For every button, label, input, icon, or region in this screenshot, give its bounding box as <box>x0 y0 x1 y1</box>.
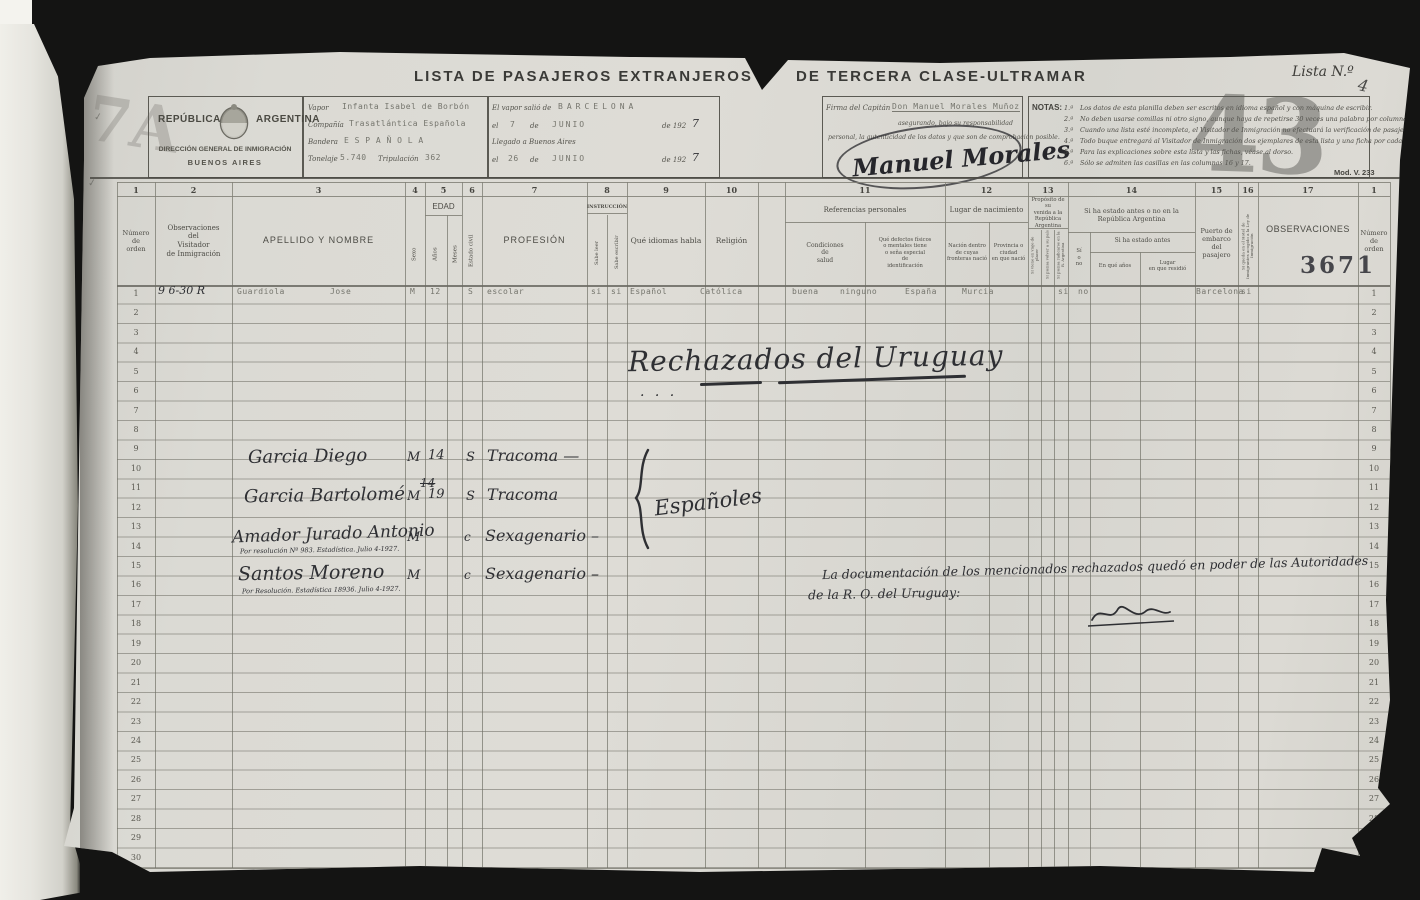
book-page-stack-edge <box>0 24 80 900</box>
agency-name-left: REPÚBLICA <box>158 114 221 125</box>
agency-city: BUENOS AIRES <box>152 158 298 167</box>
row1-puerto: Barcelona <box>1196 287 1244 296</box>
row-number-right: 20 <box>1364 658 1384 667</box>
row-number-right: 8 <box>1364 425 1384 434</box>
bandera-value: E S P A Ñ O L A <box>344 136 424 145</box>
rejected-passenger-edad: 14 <box>428 448 445 463</box>
rejected-passenger-edad: 19 <box>428 487 445 502</box>
header-apellido-nombre: APELLIDO Y NOMBRE <box>232 200 405 282</box>
header-defectos: Qué defectos físicos o mentales tiene o … <box>865 224 945 282</box>
header-instruccion-group: INSTRUCCIÓN <box>587 200 627 213</box>
col-number: 6 <box>462 183 482 196</box>
row-number-left: 5 <box>126 367 146 376</box>
row1-edad: 12 <box>430 287 441 296</box>
row-number-left: 9 <box>126 444 146 453</box>
row1-defectos: ninguno <box>840 287 877 296</box>
pencil-check-icon: ✓ <box>93 111 103 123</box>
row-number-left: 20 <box>126 658 146 667</box>
row1-hotel: si <box>1241 287 1252 296</box>
tripulacion-label: Tripulación <box>378 155 419 163</box>
agency-direction: DIRECCIÓN GENERAL DE INMIGRACIÓN <box>152 146 298 153</box>
row-number-left: 25 <box>126 755 146 764</box>
row-number-left: 11 <box>126 483 146 492</box>
grid-line <box>1390 182 1391 700</box>
row-number-right: 4 <box>1364 347 1384 356</box>
rejected-passenger-profesion: Sexagenario – <box>485 564 599 583</box>
header-hotel-inmigrantes: Si queda en el Hotel de Inmigrantes acog… <box>1239 210 1257 282</box>
rejected-title: Rechazados del Uruguay <box>628 339 1004 379</box>
header-anios: Años <box>429 228 443 280</box>
row-number-right: 17 <box>1364 600 1384 609</box>
header-numero-orden-right: Número de orden <box>1358 200 1390 282</box>
header-referencias-group: Referencias personales <box>785 200 945 220</box>
row-number-right: 9 <box>1364 444 1384 453</box>
row1-nacion: España <box>905 287 937 296</box>
col-number: 11 <box>785 183 945 196</box>
llegado-day: 26 <box>508 154 519 163</box>
header-en-que-anios: En qué años <box>1090 254 1140 278</box>
header-profesion: PROFESIÓN <box>482 200 587 282</box>
binding-gutter-shadow <box>80 50 114 880</box>
salio-year-value: 7 <box>692 117 699 130</box>
header-religion: Religión <box>705 200 758 282</box>
row1-estado-antes: no <box>1078 287 1089 296</box>
header-estado-antes-group: Si ha estado antes o no en la República … <box>1068 202 1195 228</box>
row1-provincia: Murcia <box>962 287 994 296</box>
row1-salud: buena <box>792 287 819 296</box>
row1-sabe-escribir: si <box>611 287 622 296</box>
bandera-label: Bandera <box>308 138 338 146</box>
row-number-left: 26 <box>126 775 146 784</box>
row1-idiomas: Español <box>630 287 667 296</box>
notas-label: NOTAS: <box>1032 103 1062 112</box>
header-meses: Meses <box>449 228 463 280</box>
rejected-passenger-estado: S <box>466 489 475 504</box>
row-number-right: 13 <box>1364 522 1384 531</box>
captain-name: Don Manuel Morales Muñoz <box>892 102 1020 112</box>
row-number-right: 26 <box>1364 775 1384 784</box>
row-number-right: 29 <box>1364 833 1384 842</box>
row-number-left: 3 <box>126 328 146 337</box>
col-number: 10 <box>705 183 758 196</box>
rejected-passenger-sexo: M <box>407 450 420 465</box>
compania-label: Compañía <box>308 121 344 129</box>
header-proposito-sub3: Si piensa radicarse en la R. Argentina <box>1055 230 1067 280</box>
row-number-left: 14 <box>126 542 146 551</box>
row-number-right: 12 <box>1364 503 1384 512</box>
header-observaciones: OBSERVACIONES <box>1258 218 1358 242</box>
col-number: 3 <box>232 183 405 196</box>
header-lugar-nacimiento-group: Lugar de nacimiento <box>945 200 1028 220</box>
row-number-right: 16 <box>1364 580 1384 589</box>
row1-proposito: si <box>1058 287 1069 296</box>
grid-line <box>785 222 945 223</box>
header-sabe-leer: Sabe leer <box>590 225 604 280</box>
rejected-passenger-name: Garcia Diego <box>248 445 368 468</box>
captain-label: Firma del Capitán <box>826 104 890 112</box>
col-number: 16 <box>1238 183 1258 196</box>
col-number: 15 <box>1195 183 1238 196</box>
scanned-document: 7A ✓ ✓ LISTA DE PASAJEROS EXTRANJEROS DE… <box>0 0 1420 900</box>
compania-value: Trasatlántica Española <box>349 119 466 128</box>
row-number-left: 27 <box>126 794 146 803</box>
rejected-passenger-estado: c <box>464 568 471 582</box>
row-number-right: 14 <box>1364 542 1384 551</box>
row-number-right: 10 <box>1364 464 1384 473</box>
header-sabe-escribir: Sabe escribir <box>610 225 624 280</box>
row-number-right: 28 <box>1364 814 1384 823</box>
rejected-passenger-name: Santos Moreno <box>238 561 385 586</box>
rejected-dots: . . . <box>640 384 677 400</box>
row-number-right: 19 <box>1364 639 1384 648</box>
nota-num: 3.ª <box>1064 126 1080 134</box>
col-number: 14 <box>1068 183 1195 196</box>
llegado-label: Llegado a Buenos Aires <box>492 138 576 146</box>
llegado-year-label: de 192 <box>662 156 686 164</box>
header-puerto-embarco: Puerto de embarco del pasajero <box>1195 214 1238 272</box>
row-number-right: 1 <box>1364 289 1384 298</box>
salio-year-label: de 192 <box>662 122 686 130</box>
col-number: 9 <box>627 183 705 196</box>
header-proposito-sub2: Si piensa volver a su país <box>1042 230 1054 280</box>
de2-label: de <box>530 156 539 164</box>
de-label: de <box>530 122 539 130</box>
header-nacion: Nación dentro de cuyas fronteras nació <box>945 226 989 280</box>
rejected-passenger-sexo: M <box>407 530 420 545</box>
row-number-left: 8 <box>126 425 146 434</box>
rejected-passenger-estado: c <box>464 530 471 544</box>
grid-line <box>425 215 462 216</box>
el-label: el <box>492 122 498 130</box>
row-number-left: 12 <box>126 503 146 512</box>
salio-port: BARCELONA <box>558 102 637 111</box>
header-proposito-group: Propósito de su venida a la República Ar… <box>1028 200 1068 226</box>
row-number-right: 5 <box>1364 367 1384 376</box>
rejected-passenger-profesion: Sexagenario – <box>485 526 599 545</box>
grid-line <box>117 868 1390 869</box>
tripulacion-value: 362 <box>425 153 441 162</box>
row-number-right: 23 <box>1364 717 1384 726</box>
col-number: 17 <box>1258 183 1358 196</box>
header-idiomas: Qué idiomas habla <box>627 200 705 282</box>
col-number: 7 <box>482 183 587 196</box>
row1-sexo: M <box>410 287 415 296</box>
llegado-month: JUNIO <box>552 154 586 163</box>
row-number-left: 28 <box>126 814 146 823</box>
row-number-right: 27 <box>1364 794 1384 803</box>
row-number-right: 7 <box>1364 406 1384 415</box>
list-number-stamp: 43 <box>1186 82 1326 191</box>
row-number-left: 19 <box>126 639 146 648</box>
group-brace <box>630 448 656 550</box>
row-number-left: 1 <box>126 289 146 298</box>
col-number: 1 <box>1358 183 1390 196</box>
page-title-right: DE TERCERA CLASE-ULTRAMAR <box>796 68 1087 85</box>
header-numero-orden: Número de orden <box>117 200 155 282</box>
grid-line <box>945 222 1028 223</box>
col-number: 1 <box>117 183 155 196</box>
salio-month: JUNIO <box>552 120 586 129</box>
row-number-right: 3 <box>1364 328 1384 337</box>
pencil-check-icon: ✓ <box>87 177 97 189</box>
row1-visitador-note: 9 6-30 R <box>158 284 205 297</box>
vapor-value: Infanta Isabel de Borbón <box>342 102 470 111</box>
row-number-left: 23 <box>126 717 146 726</box>
row1-profesion: escolar <box>487 287 524 296</box>
rejected-passenger-profesion: Tracoma — <box>487 446 579 465</box>
rejected-passenger-name: Garcia Bartolomé <box>244 484 405 508</box>
header-lugar-residio: Lugar en que residió <box>1140 254 1195 278</box>
page-title-left: LISTA DE PASAJEROS EXTRANJEROS <box>414 68 753 85</box>
grid-line <box>117 196 1390 197</box>
tonelaje-label: Tonelaje <box>308 155 338 163</box>
passenger-list-page: 7A ✓ ✓ LISTA DE PASAJEROS EXTRANJEROS DE… <box>0 0 1420 900</box>
row-number-left: 13 <box>126 522 146 531</box>
rejected-passenger-estado: S <box>466 450 475 465</box>
row-number-right: 2 <box>1364 308 1384 317</box>
row-number-left: 15 <box>126 561 146 570</box>
grid-line <box>90 177 1400 179</box>
header-si-o-no: Sí o no <box>1068 238 1090 278</box>
row1-apellido: Guardiola <box>237 287 285 296</box>
header-edad-group: EDAD <box>425 199 462 214</box>
nota-num: 1.ª <box>1064 104 1080 112</box>
col-number: 13 <box>1028 183 1068 196</box>
header-provincia: Provincia o ciudad en que nació <box>989 226 1028 280</box>
row-number-right: 25 <box>1364 755 1384 764</box>
nota-num: 2.ª <box>1064 115 1080 123</box>
row-number-right: 6 <box>1364 386 1384 395</box>
row-number-left: 21 <box>126 678 146 687</box>
row-number-left: 4 <box>126 347 146 356</box>
el2-label: el <box>492 156 498 164</box>
row-number-left: 6 <box>126 386 146 395</box>
row-number-right: 24 <box>1364 736 1384 745</box>
header-ha-estado-antes: Si ha estado antes <box>1090 234 1195 248</box>
grid-line <box>587 213 627 214</box>
row-number-left: 18 <box>126 619 146 628</box>
row-number-right: 21 <box>1364 678 1384 687</box>
row-number-left: 2 <box>126 308 146 317</box>
rejected-passenger-sexo: M <box>407 568 420 583</box>
row1-religion: Católica <box>700 287 743 296</box>
form-model-label: Mod. V. 233 <box>1334 168 1375 177</box>
row-number-right: 11 <box>1364 483 1384 492</box>
salio-label: El vapor salió de <box>492 104 551 112</box>
rejected-passenger-sexo: M <box>407 489 420 504</box>
nota-num: 4.ª <box>1064 137 1080 145</box>
vapor-label: Vapor <box>308 104 329 112</box>
row1-estado-civil: S <box>468 287 473 296</box>
header-condiciones-salud: Condiciones de salud <box>785 226 865 280</box>
grid-line <box>1068 232 1195 233</box>
nota-num: 6.ª <box>1064 159 1080 167</box>
col-number: 5 <box>425 183 462 196</box>
row-number-left: 17 <box>126 600 146 609</box>
rejected-passenger-profesion: Tracoma <box>487 485 558 504</box>
col-number: 2 <box>155 183 232 196</box>
row-number-left: 10 <box>126 464 146 473</box>
row-number-left: 22 <box>126 697 146 706</box>
row-number-left: 30 <box>126 853 146 862</box>
llegado-year-value: 7 <box>692 151 699 164</box>
salio-day: 7 <box>510 120 515 129</box>
row-number-right: 18 <box>1364 619 1384 628</box>
row1-nombre: Jose <box>330 287 351 296</box>
header-proposito-sub1: Si viene en viaje de placer <box>1029 230 1041 280</box>
row-number-left: 7 <box>126 406 146 415</box>
row-number-right: 22 <box>1364 697 1384 706</box>
grid-line <box>1090 252 1195 253</box>
col-number: 12 <box>945 183 1028 196</box>
inspector-signature-scribble <box>1088 600 1178 628</box>
inspector-note-line2: de la R. O. del Uruguay: <box>808 585 961 603</box>
lista-number-value: 4 <box>1356 75 1370 96</box>
row-number-left: 16 <box>126 580 146 589</box>
header-observaciones-visitador: Observaciones del Visitador de Inmigraci… <box>155 200 232 282</box>
nota-num: 5.ª <box>1064 148 1080 156</box>
row1-sabe-leer: si <box>591 287 602 296</box>
header-sexo: Sexo <box>408 228 422 280</box>
col-number: 8 <box>587 183 627 196</box>
tonelaje-value: 5.740 <box>340 153 367 162</box>
row-number-left: 29 <box>126 833 146 842</box>
col-number: 4 <box>405 183 425 196</box>
header-estado-civil: Estado civil <box>465 222 479 280</box>
row-number-left: 24 <box>126 736 146 745</box>
argentina-crest-icon <box>217 102 251 140</box>
